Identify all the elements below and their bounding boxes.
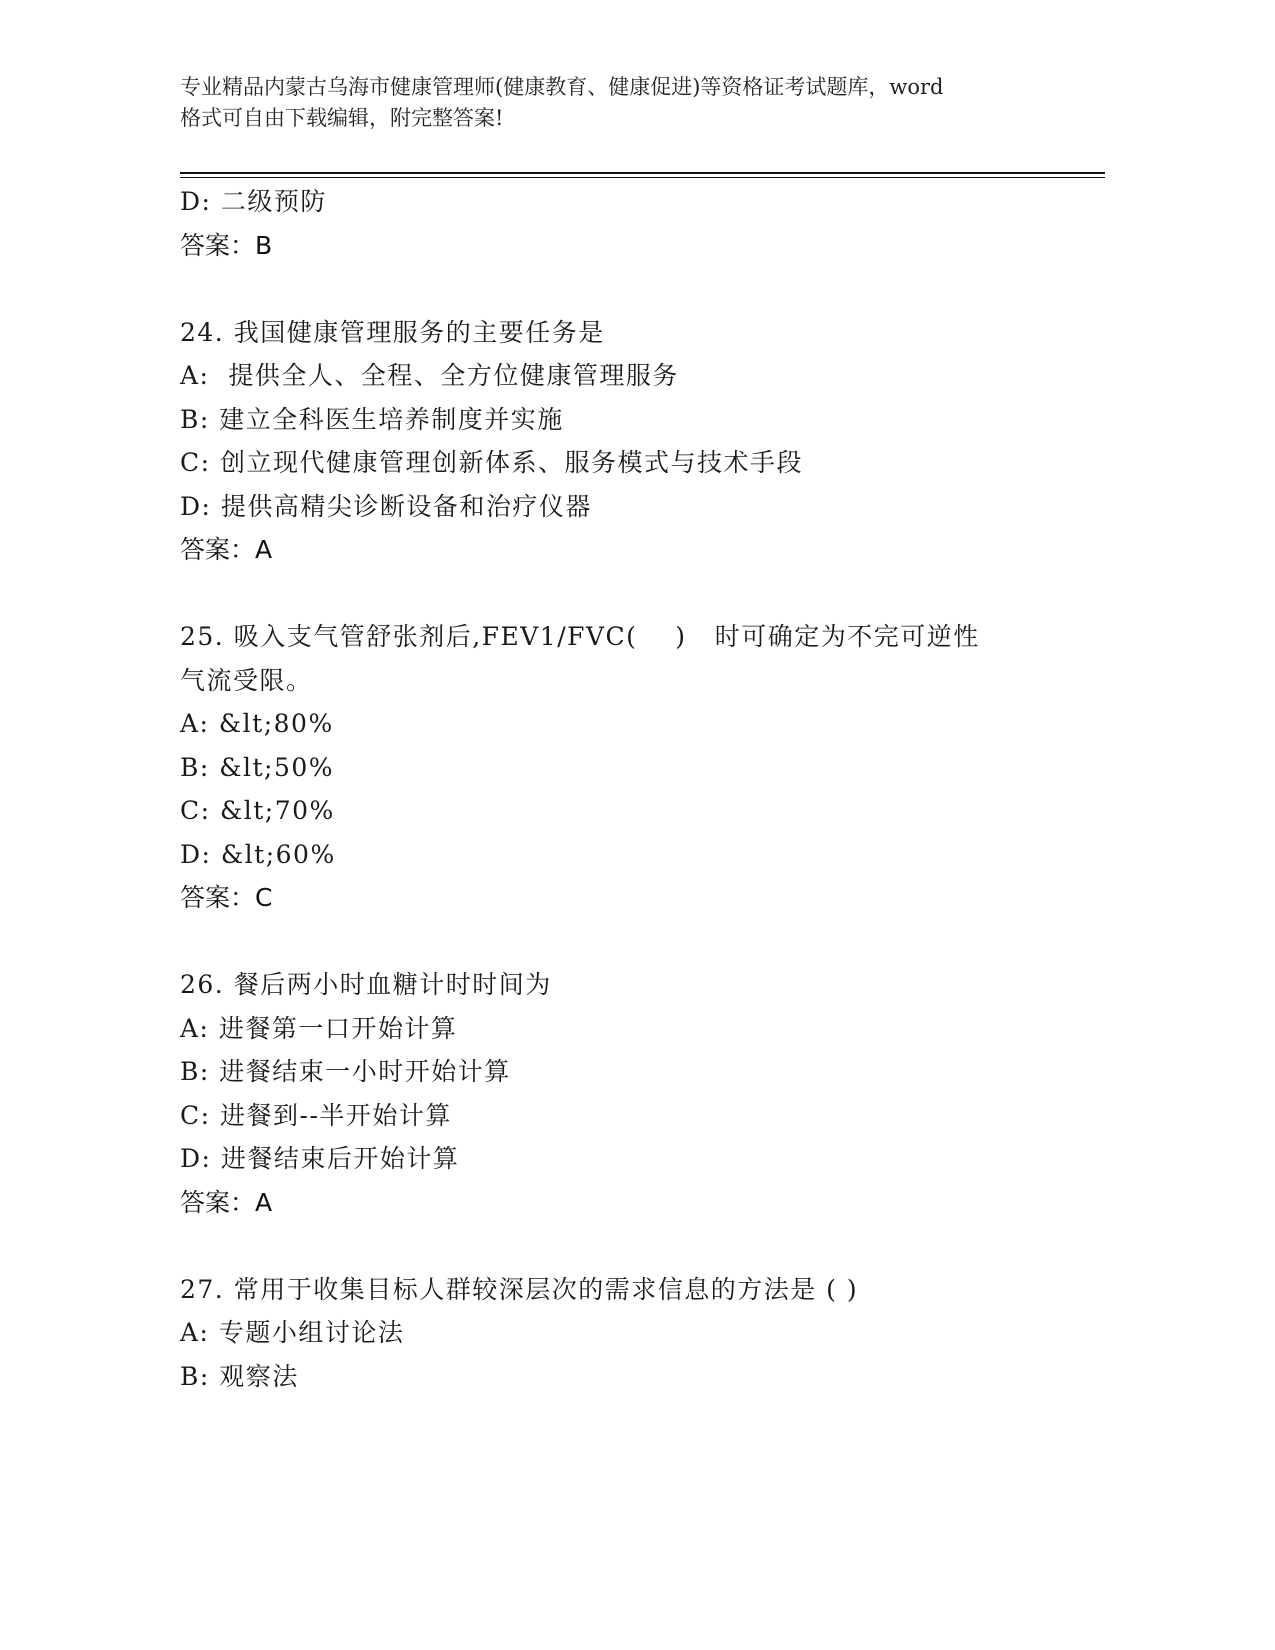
header-line-2: 格式可自由下载编辑，附完整答案! [180, 103, 1060, 134]
option-b: B: 观察法 [180, 1355, 1080, 1399]
question-stem-line-1: 25. 吸入支气管舒张剂后,FEV1/FVC( ) 时可确定为不完可逆性 [180, 615, 1080, 659]
header-divider-thin [180, 177, 1105, 178]
option-b: B: 进餐结束一小时开始计算 [180, 1050, 1080, 1094]
spacer [180, 1224, 1080, 1268]
question-stem: 27. 常用于收集目标人群较深层次的需求信息的方法是 ( ) [180, 1268, 1080, 1312]
question-27: 27. 常用于收集目标人群较深层次的需求信息的方法是 ( ) A: 专题小组讨论… [180, 1268, 1080, 1399]
question-stem-line-2: 气流受限。 [180, 659, 1080, 703]
header-line-1: 专业精品内蒙古乌海市健康管理师(健康教育、健康促进)等资格证考试题库，word [180, 72, 1060, 103]
option-a: A: &lt;80% [180, 702, 1080, 746]
option-d: D: 提供高精尖诊断设备和治疗仪器 [180, 485, 1080, 529]
spacer [180, 572, 1080, 616]
option-b: B: &lt;50% [180, 746, 1080, 790]
option-d: D: 二级预防 [180, 180, 1080, 224]
spacer [180, 920, 1080, 964]
question-stem: 24. 我国健康管理服务的主要任务是 [180, 311, 1080, 355]
answer: 答案：B [180, 224, 1080, 268]
option-d: D: &lt;60% [180, 833, 1080, 877]
spacer [180, 267, 1080, 311]
option-d: D: 进餐结束后开始计算 [180, 1137, 1080, 1181]
question-list: D: 二级预防 答案：B 24. 我国健康管理服务的主要任务是 A: 提供全人、… [180, 180, 1080, 1398]
answer: 答案：A [180, 1181, 1080, 1225]
answer: 答案：C [180, 876, 1080, 920]
option-c: C: 进餐到--半开始计算 [180, 1094, 1080, 1138]
option-a: A: 专题小组讨论法 [180, 1311, 1080, 1355]
answer: 答案：A [180, 528, 1080, 572]
option-a: A: 进餐第一口开始计算 [180, 1007, 1080, 1051]
option-c: C: 创立现代健康管理创新体系、服务模式与技术手段 [180, 441, 1080, 485]
option-b: B: 建立全科医生培养制度并实施 [180, 398, 1080, 442]
header-divider-thick [180, 172, 1105, 174]
question-stem: 26. 餐后两小时血糖计时时间为 [180, 963, 1080, 1007]
document-header: 专业精品内蒙古乌海市健康管理师(健康教育、健康促进)等资格证考试题库，word … [180, 72, 1060, 134]
question-24: 24. 我国健康管理服务的主要任务是 A: 提供全人、全程、全方位健康管理服务 … [180, 311, 1080, 572]
question-25: 25. 吸入支气管舒张剂后,FEV1/FVC( ) 时可确定为不完可逆性 气流受… [180, 615, 1080, 920]
option-c: C: &lt;70% [180, 789, 1080, 833]
option-a: A: 提供全人、全程、全方位健康管理服务 [180, 354, 1080, 398]
question-26: 26. 餐后两小时血糖计时时间为 A: 进餐第一口开始计算 B: 进餐结束一小时… [180, 963, 1080, 1224]
